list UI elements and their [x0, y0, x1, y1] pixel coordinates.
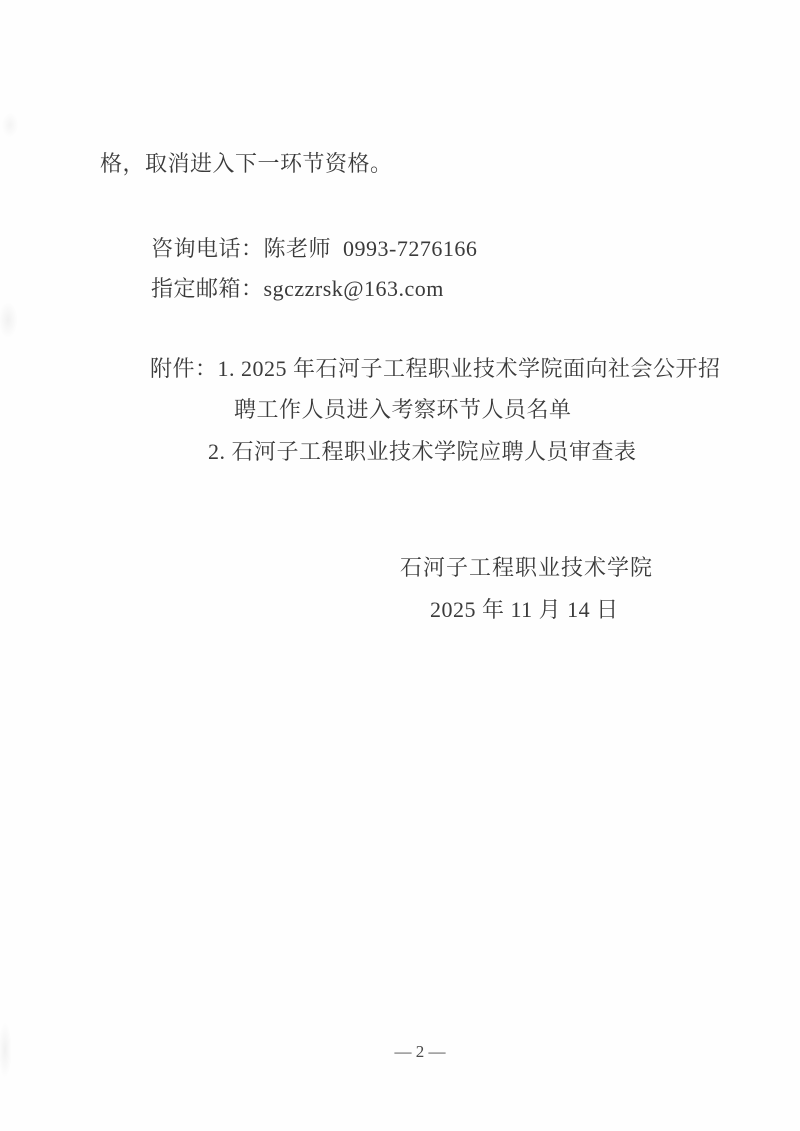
signature-date: 2025 年 11 月 14 日 — [430, 598, 619, 622]
page-number: — 2 — — [395, 1043, 446, 1061]
body-text-line: 格，取消进入下一环节资格。 — [100, 152, 393, 176]
attachment-item1-line1: 附件：1. 2025 年石河子工程职业技术学院面向社会公开招 — [150, 357, 721, 381]
contact-email-line: 指定邮箱：sgczzrsk@163.com — [151, 277, 444, 301]
attachment-item1-text: 1. 2025 年石河子工程职业技术学院面向社会公开招 — [218, 356, 721, 381]
signature-organization: 石河子工程职业技术学院 — [400, 556, 653, 580]
attachment-item1-line2: 聘工作人员进入考察环节人员名单 — [234, 398, 572, 422]
phone-label: 咨询电话： — [151, 236, 264, 261]
document-page: 格，取消进入下一环节资格。 咨询电话：陈老师 0993-7276166 指定邮箱… — [0, 0, 800, 1131]
email-label: 指定邮箱： — [151, 276, 264, 301]
attachment-item2-line: 2. 石河子工程职业技术学院应聘人员审查表 — [208, 440, 637, 464]
scan-noise-artifact — [0, 0, 30, 1131]
email-value: sgczzrsk@163.com — [264, 276, 444, 301]
contact-phone-line: 咨询电话：陈老师 0993-7276166 — [151, 237, 477, 261]
phone-value: 陈老师 0993-7276166 — [264, 236, 478, 261]
attachment-label: 附件： — [150, 356, 218, 381]
